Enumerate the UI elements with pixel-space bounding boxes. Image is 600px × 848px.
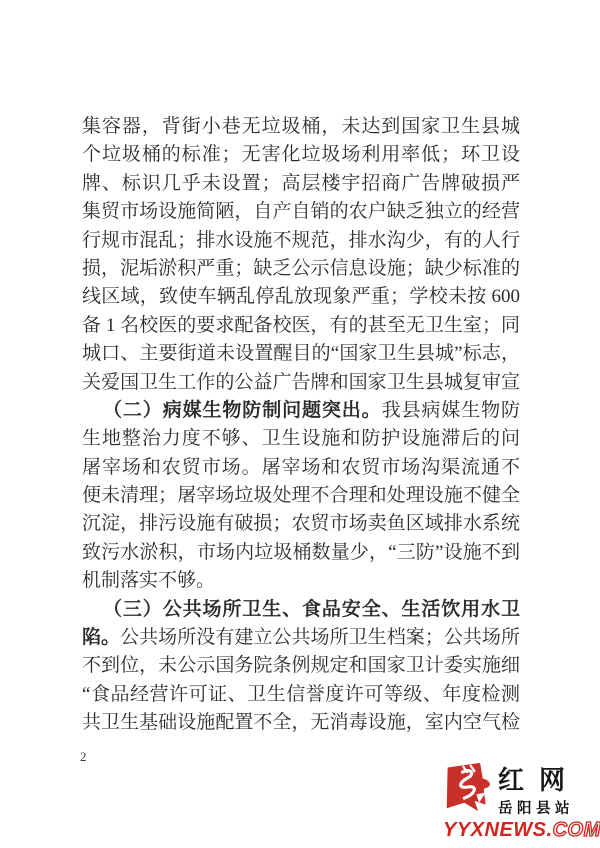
text-line: 个垃圾桶的标准；无害化垃圾场利用率低；环卫设施、公厕标 <box>82 141 520 169</box>
rednet-logo-top: 红网 岳阳县站 <box>443 761 595 818</box>
text-segment: 生地整治力度不够、卫生设施和防护设施滞后的问题，特别是 <box>82 428 520 453</box>
text-segment: 沉淀，排污设施有破损；农贸市场卖鱼区域排水系统不畅通导 <box>82 513 520 538</box>
heading-segment: 陷。 <box>82 627 120 648</box>
page-number: 2 <box>80 749 87 765</box>
text-line: 便未清理；屠宰场垃圾处理不合理和处理设施不健全致使废物 <box>82 482 520 510</box>
rednet-seal-icon <box>443 761 493 813</box>
text-line: 集容器，背街小巷无垃圾桶，未达到国家卫生县城 50m-80m 一 <box>82 113 520 141</box>
text-line: 行规市混乱；排水设施不规范，排水沟少，有的人行道板有破 <box>82 227 520 255</box>
text-segment: 线区域，致使车辆乱停乱放现象严重；学校未按 600 名学生配 <box>82 286 520 311</box>
text-segment: 备 1 名校医的要求配备校医，有的甚至无卫生室；同时，进出 <box>82 315 520 340</box>
text-segment: 个垃圾桶的标准；无害化垃圾场利用率低；环卫设施、公厕标 <box>82 144 520 169</box>
text-line: 陷。公共场所没有建立公共场所卫生档案；公共场所信息公示 <box>82 624 520 652</box>
text-line: 机制落实不够。 <box>82 567 520 595</box>
text-line: （二）病媒生物防制问题突出。我县病媒生物防制存在滋 <box>82 397 520 425</box>
text-line: 损，泥垢淤积严重；缺乏公示信息设施；缺少标准的机动车划 <box>82 255 520 283</box>
logo-domain-tld: COM <box>553 819 600 841</box>
text-line: 集贸市场设施简陋，自产自销的农户缺乏独立的经营场地，划 <box>82 198 520 226</box>
text-line: 不到位，未公示国务院条例规定和国家卫计委实施细则明确的 <box>82 652 520 680</box>
text-line: 屠宰场和农贸市场。屠宰场和农贸市场沟渠流通不畅，垃圾粪 <box>82 454 520 482</box>
text-segment: “食品经营许可证、卫生信誉度许可等级、年度检测结果”；公 <box>82 684 520 709</box>
logo-domain-main: YYXNEWS. <box>443 819 553 841</box>
document-page: 集容器，背街小巷无垃圾桶，未达到国家卫生县城 50m-80m 一个垃圾桶的标准；… <box>0 0 600 848</box>
text-segment: 共卫生基础设施配置不全，无消毒设施，室内空气检测和卫生 <box>82 712 520 737</box>
text-segment: 便未清理；屠宰场垃圾处理不合理和处理设施不健全致使废物 <box>82 485 520 510</box>
text-segment: 屠宰场和农贸市场。屠宰场和农贸市场沟渠流通不畅，垃圾粪 <box>82 457 520 482</box>
text-line: “食品经营许可证、卫生信誉度许可等级、年度检测结果”；公 <box>82 681 520 709</box>
document-text: 集容器，背街小巷无垃圾桶，未达到国家卫生县城 50m-80m 一个垃圾桶的标准；… <box>82 113 520 738</box>
text-segment: 牌、标识几乎未设置；高层楼宇招商广告牌破损严重；有棚的 <box>82 173 520 198</box>
text-line: 备 1 名校医的要求配备校医，有的甚至无卫生室；同时，进出 <box>82 312 520 340</box>
heading-segment: （三）公共场所卫生、食品安全、生活饮用水卫生存在缺 <box>82 599 520 624</box>
text-segment: 集容器，背街小巷无垃圾桶，未达到国家卫生县城 50m-80m 一 <box>82 116 520 141</box>
text-segment: 损，泥垢淤积严重；缺乏公示信息设施；缺少标准的机动车划 <box>82 258 520 283</box>
heading-segment: （二）病媒生物防制问题突出。 <box>103 400 382 421</box>
text-segment: 集贸市场设施简陋，自产自销的农户缺乏独立的经营场地，划 <box>82 201 520 226</box>
rednet-logo-names: 红网 岳阳县站 <box>498 761 580 818</box>
text-line: 线区域，致使车辆乱停乱放现象严重；学校未按 600 名学生配 <box>82 283 520 311</box>
rednet-logo: 红网 岳阳县站 YYXNEWS.COM <box>443 761 595 842</box>
text-line: 关爱国卫生工作的公益广告牌和国家卫生县城复审宣传内容。 <box>82 369 520 397</box>
text-line: （三）公共场所卫生、食品安全、生活饮用水卫生存在缺 <box>82 596 520 624</box>
logo-domain-text: YYXNEWS.COM <box>443 819 595 842</box>
text-line: 生地整治力度不够、卫生设施和防护设施滞后的问题，特别是 <box>82 425 520 453</box>
text-line: 城口、主要街道未设置醒目的“国家卫生县城”标志，没有有 <box>82 340 520 368</box>
text-line: 沉淀，排污设施有破损；农贸市场卖鱼区域排水系统不畅通导 <box>82 510 520 538</box>
text-segment: 致污水淤积，市场内垃圾桶数量少，“三防”设施不到位，长效 <box>82 542 520 567</box>
text-segment: 不到位，未公示国务院条例规定和国家卫计委实施细则明确的 <box>82 655 520 680</box>
logo-station-text: 岳阳县站 <box>498 797 580 818</box>
text-line: 牌、标识几乎未设置；高层楼宇招商广告牌破损严重；有棚的 <box>82 170 520 198</box>
text-segment: 城口、主要街道未设置醒目的“国家卫生县城”标志，没有有 <box>82 343 520 368</box>
text-segment: 行规市混乱；排水设施不规范，排水沟少，有的人行道板有破 <box>82 230 520 255</box>
text-segment: 关爱国卫生工作的公益广告牌和国家卫生县城复审宣传内容。 <box>82 372 520 397</box>
text-segment: 公共场所没有建立公共场所卫生档案；公共场所信息公示 <box>82 627 520 652</box>
text-line: 共卫生基础设施配置不全，无消毒设施，室内空气检测和卫生 <box>82 709 520 737</box>
text-line: 致污水淤积，市场内垃圾桶数量少，“三防”设施不到位，长效 <box>82 539 520 567</box>
logo-brand-text: 红网 <box>498 767 580 794</box>
text-segment: 机制落实不够。 <box>82 570 215 591</box>
